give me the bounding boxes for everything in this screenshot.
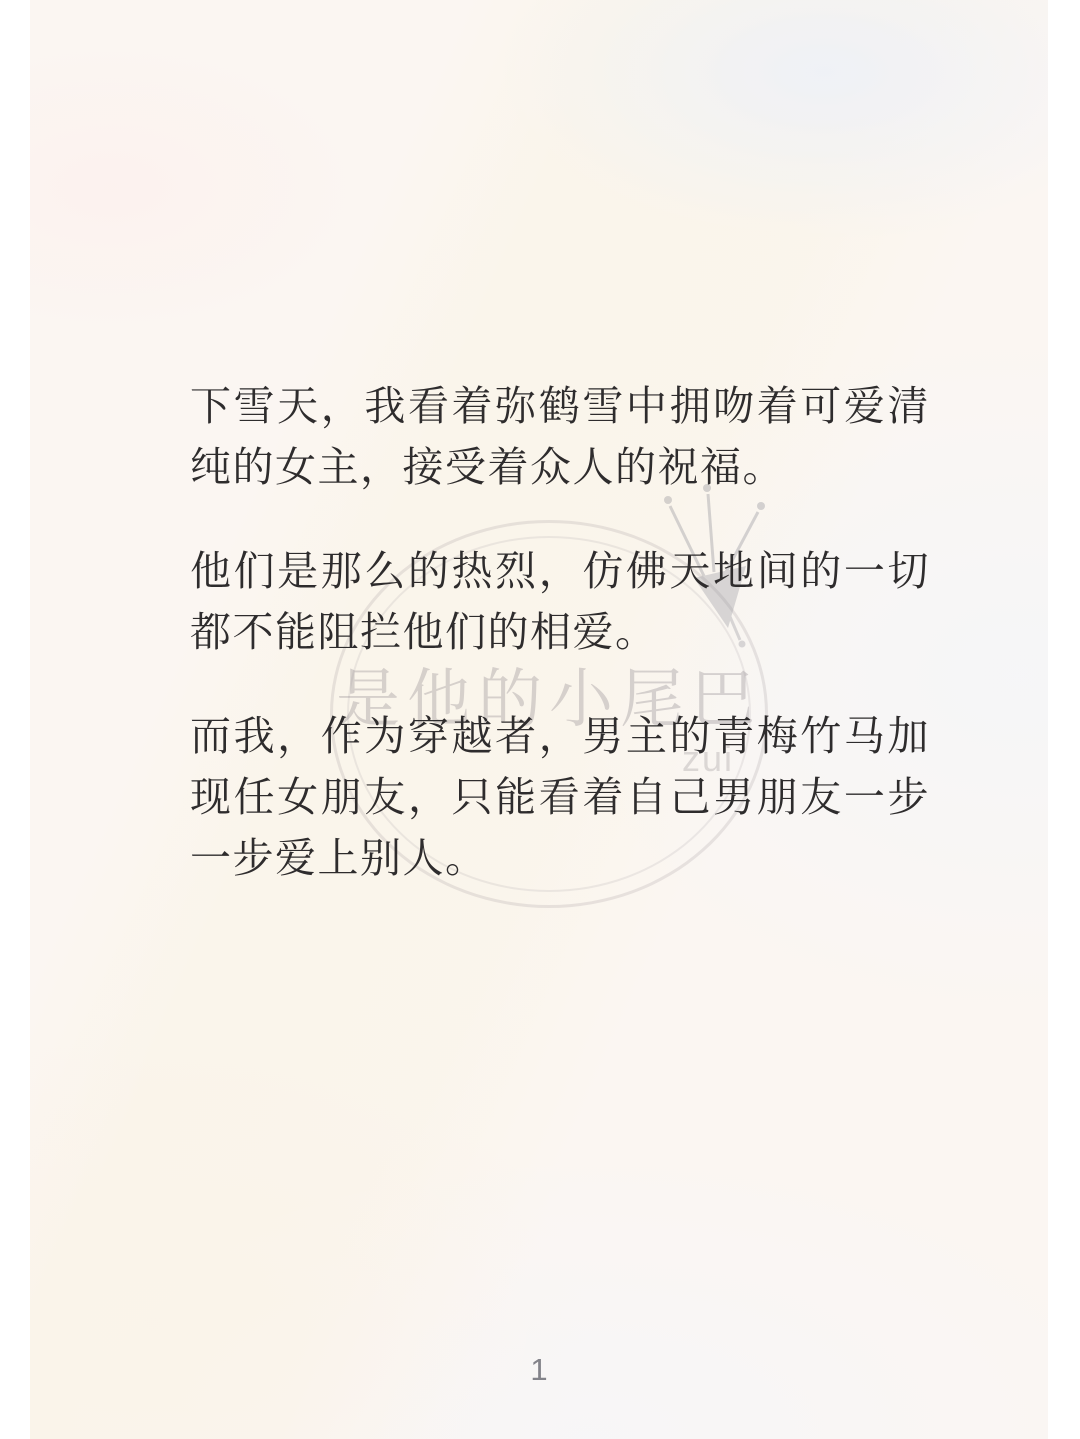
- page-number: 1: [30, 1352, 1048, 1388]
- story-text: 下雪天，我看着弥鹤雪中拥吻着可爱清纯的女主，接受着众人的祝福。 他们是那么的热烈…: [190, 376, 930, 932]
- paragraph-1: 下雪天，我看着弥鹤雪中拥吻着可爱清纯的女主，接受着众人的祝福。: [190, 376, 930, 498]
- paper-sheet: 是他的小尾巴 zui 下雪天，我看着弥鹤雪中拥吻着可爱清纯的女主，接受着众人的祝…: [30, 0, 1048, 1439]
- paragraph-2: 他们是那么的热烈，仿佛天地间的一切都不能阻拦他们的相爱。: [190, 541, 930, 663]
- paragraph-3: 而我，作为穿越者，男主的青梅竹马加现任女朋友，只能看着自己男朋友一步一步爱上别人…: [190, 706, 930, 889]
- ebook-page: 是他的小尾巴 zui 下雪天，我看着弥鹤雪中拥吻着可爱清纯的女主，接受着众人的祝…: [0, 0, 1080, 1439]
